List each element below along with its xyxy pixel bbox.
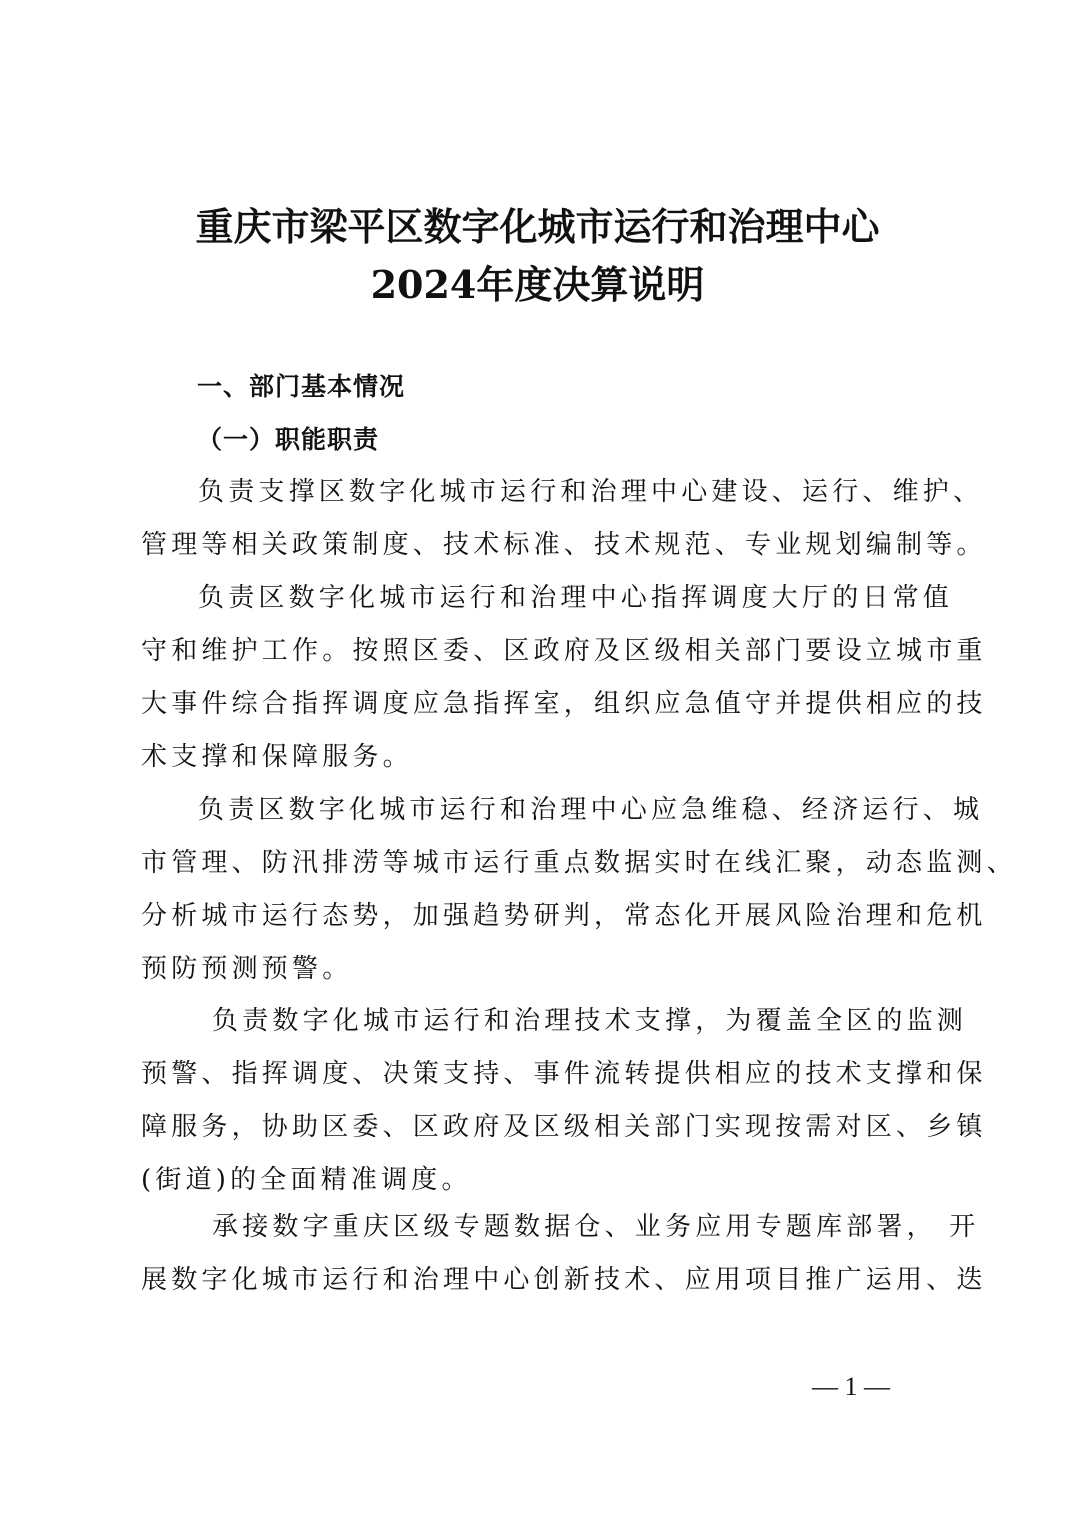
paragraph-line: (街道)的全面精准调度。 — [141, 1154, 941, 1207]
document-title-line-1: 重庆市梁平区数字化城市运行和治理中心 — [0, 196, 1075, 251]
paragraph-5: 承接数字重庆区级专题数据仓、业务应用专题库部署， 开 展数字化城市运行和治理中心… — [141, 1201, 941, 1307]
paragraph-line: 负责数字化城市运行和治理技术支撑，为覆盖全区的监测 — [141, 995, 941, 1048]
paragraph-3: 负责区数字化城市运行和治理中心应急维稳、经济运行、城 市管理、防汛排涝等城市运行… — [141, 784, 941, 996]
paragraph-line: 负责区数字化城市运行和治理中心应急维稳、经济运行、城 — [141, 784, 941, 837]
paragraph-line: 市管理、防汛排涝等城市运行重点数据实时在线汇聚，动态监测、 — [141, 837, 941, 890]
paragraph-1: 负责支撑区数字化城市运行和治理中心建设、运行、维护、 管理等相关政策制度、技术标… — [141, 466, 941, 572]
paragraph-line: 大事件综合指挥调度应急指挥室，组织应急值守并提供相应的技 — [141, 678, 941, 731]
paragraph-line: 术支撑和保障服务。 — [141, 731, 941, 784]
document-page: 重庆市梁平区数字化城市运行和治理中心 2024年度决算说明 一、部门基本情况 （… — [0, 0, 1075, 1520]
paragraph-line: 预警、指挥调度、决策支持、事件流转提供相应的技术支撑和保 — [141, 1048, 941, 1101]
paragraph-line: 负责支撑区数字化城市运行和治理中心建设、运行、维护、 — [141, 466, 941, 519]
page-number: — 1 — — [812, 1372, 890, 1402]
paragraph-line: 障服务，协助区委、区政府及区级相关部门实现按需对区、乡镇 — [141, 1101, 941, 1154]
paragraph-line: 管理等相关政策制度、技术标准、技术规范、专业规划编制等。 — [141, 519, 941, 572]
paragraph-line: 展数字化城市运行和治理中心创新技术、应用项目推广运用、迭 — [141, 1254, 941, 1307]
paragraph-2: 负责区数字化城市运行和治理中心指挥调度大厅的日常值 守和维护工作。按照区委、区政… — [141, 572, 941, 784]
paragraph-line: 预防预测预警。 — [141, 943, 941, 996]
paragraph-line: 守和维护工作。按照区委、区政府及区级相关部门要设立城市重 — [141, 625, 941, 678]
paragraph-line: 负责区数字化城市运行和治理中心指挥调度大厅的日常值 — [141, 572, 941, 625]
document-title-line-2: 2024年度决算说明 — [0, 254, 1075, 309]
subsection-heading: （一）职能职责 — [197, 420, 379, 456]
section-heading: 一、部门基本情况 — [197, 367, 405, 403]
paragraph-4: 负责数字化城市运行和治理技术支撑，为覆盖全区的监测 预警、指挥调度、决策支持、事… — [141, 995, 941, 1207]
paragraph-line: 分析城市运行态势，加强趋势研判，常态化开展风险治理和危机 — [141, 890, 941, 943]
paragraph-line: 承接数字重庆区级专题数据仓、业务应用专题库部署， 开 — [141, 1201, 941, 1254]
